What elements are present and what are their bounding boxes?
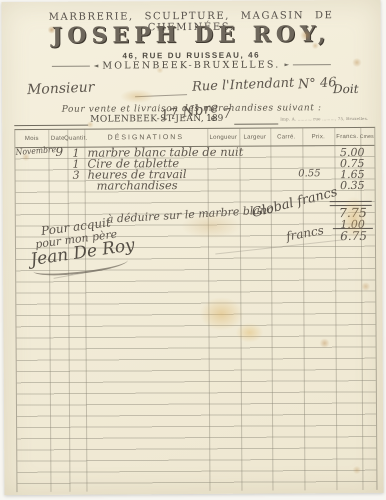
entry-unit-price: 0.55 [293, 168, 321, 179]
left-rule [52, 66, 90, 67]
right-rule [293, 64, 331, 65]
year-printed: 189 [206, 114, 223, 124]
doit-label: Doit [333, 82, 359, 96]
addressee-street-handwritten: Rue l'Intendant [192, 76, 295, 95]
addressee-number-handwritten: N° 46 [298, 75, 337, 92]
city-row: ◄ MOLENBEEK-BRUXELLES. ► [2, 59, 381, 72]
col-header-largeur: Largeur [239, 129, 270, 146]
entry-day: 9 [55, 145, 63, 159]
proprietor-name: JOSEPH DE ROY, [2, 21, 381, 49]
dateline-rule-left [14, 125, 88, 126]
entry-qty: 3 [73, 169, 80, 182]
right-arrow-icon: ► [284, 61, 289, 68]
dateline-rule-right [234, 123, 278, 124]
col-header-quantite: Quantit. [67, 130, 84, 147]
invoice-paper: MARBRERIE, SCULPTURE, MAGASIN DE CHEMINÉ… [1, 0, 383, 495]
left-arrow-icon: ◄ [94, 63, 99, 70]
col-header-carre: Carré. [270, 128, 302, 145]
col-header-centimes: Cmes [360, 128, 373, 145]
col-header-prix: Prix. [302, 128, 334, 145]
pen-dash [135, 94, 187, 97]
entry-designation: marchandises [97, 178, 178, 192]
printer-imprint: Imp. A. ………, rue ………, 75, Bruxelles. [280, 116, 368, 122]
col-header-francs: Francs. [334, 128, 360, 145]
salutation-handwritten: Monsieur [27, 79, 95, 98]
city-label: MOLENBEEK-BRUXELLES. [102, 59, 280, 71]
year-digit-handwritten: 7 [223, 106, 233, 122]
col-header-designations: DÉSIGNATIONS [84, 129, 207, 147]
col-header-mois: Mois [15, 130, 48, 147]
col-header-longueur: Longueur [207, 129, 239, 146]
